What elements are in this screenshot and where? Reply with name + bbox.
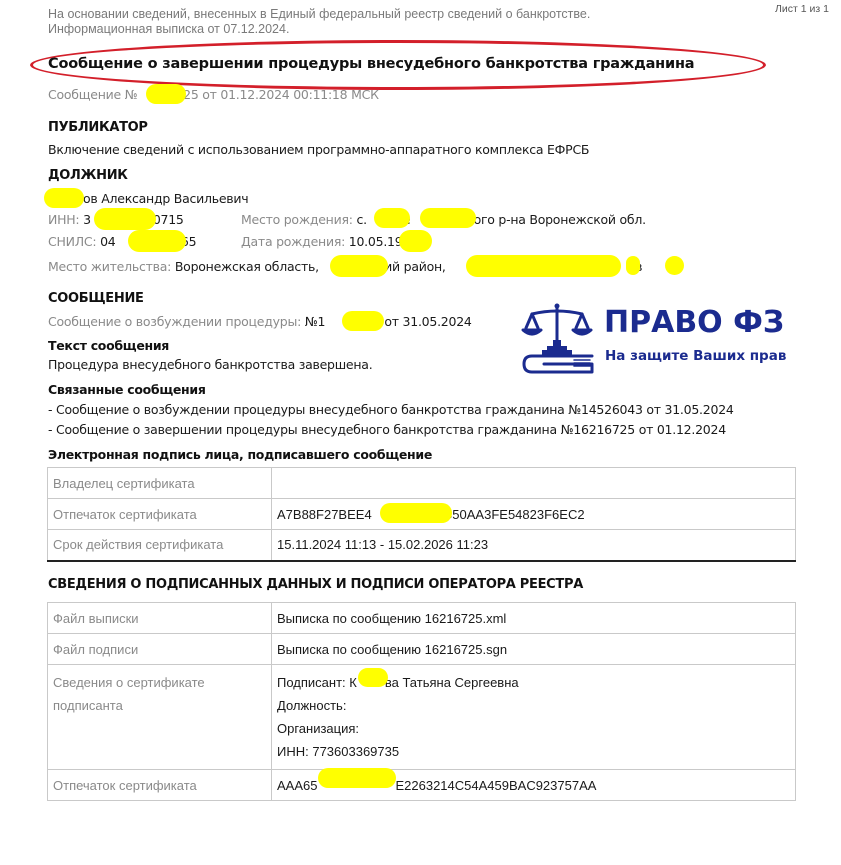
redaction — [342, 311, 384, 331]
signature-file-value[interactable]: Выписка по сообщению 16216725.sgn — [272, 634, 796, 665]
table-row: Отпечаток сертификата AAA65E2263214C54A4… — [48, 770, 796, 801]
related-message-2[interactable]: - Сообщение о завершении процедуры внесу… — [48, 422, 726, 437]
message-heading: СООБЩЕНИЕ — [48, 291, 144, 306]
message-number-suffix: 725 от 01.12.2024 00:11:18 МСК — [175, 87, 378, 102]
redaction — [94, 208, 156, 230]
watermark-subtitle: На защите Ваших прав — [605, 348, 786, 364]
redaction — [466, 255, 621, 277]
operator-fingerprint-label: Отпечаток сертификата — [48, 770, 272, 801]
redaction — [374, 208, 410, 228]
cert-validity-label: Срок действия сертификата — [48, 530, 272, 561]
redaction — [330, 255, 388, 277]
extract-file-value[interactable]: Выписка по сообщению 16216725.xml — [272, 603, 796, 634]
related-message-1[interactable]: - Сообщение о возбуждении процедуры внес… — [48, 402, 734, 417]
page-title: Сообщение о завершении процедуры внесуде… — [48, 56, 694, 72]
cert-fingerprint-value: A7B88F27BEE43C50AA3FE54823F6EC2 — [272, 499, 796, 530]
operator-heading: СВЕДЕНИЯ О ПОДПИСАННЫХ ДАННЫХ И ПОДПИСИ … — [48, 577, 583, 592]
message-number: Сообщение №725 от 01.12.2024 00:11:18 МС… — [48, 87, 379, 102]
message-number-prefix: Сообщение № — [48, 87, 137, 102]
watermark-title: ПРАВО ФЗ — [604, 305, 784, 340]
debtor-name: ов Александр Васильевич — [83, 191, 248, 206]
message-text-heading: Текст сообщения — [48, 338, 169, 353]
cert-owner-value — [272, 468, 796, 499]
cert-validity-value: 15.11.2024 11:13 - 15.02.2026 11:23 — [272, 530, 796, 561]
table-row: Срок действия сертификата 15.11.2024 11:… — [48, 530, 796, 561]
redaction — [665, 256, 684, 275]
table-row: Сведения о сертификате подписанта Подпис… — [48, 665, 796, 770]
sheet-counter: Лист 1 из 1 — [775, 3, 829, 15]
redaction — [146, 84, 186, 104]
redaction — [128, 230, 186, 252]
redaction — [399, 230, 432, 252]
signer-cert-value: Подписант: Ква Татьяна Сергеевна Должнос… — [272, 665, 796, 770]
table-row: Файл подписи Выписка по сообщению 162167… — [48, 634, 796, 665]
table-row: Владелец сертификата — [48, 468, 796, 499]
related-heading: Связанные сообщения — [48, 382, 206, 397]
extract-date: Информационная выписка от 07.12.2024. — [48, 22, 289, 37]
scales-on-book-icon — [518, 302, 596, 374]
operator-table: Файл выписки Выписка по сообщению 162167… — [47, 602, 796, 801]
cert-fingerprint-label: Отпечаток сертификата — [48, 499, 272, 530]
redaction — [358, 668, 388, 687]
debtor-heading: ДОЛЖНИК — [48, 168, 128, 183]
signer-organization: Организация: — [277, 717, 790, 740]
redaction — [420, 208, 476, 228]
debtor-birthdate: Дата рождения: 10.05.19 — [241, 234, 402, 249]
redaction — [44, 188, 84, 208]
signature-heading: Электронная подпись лица, подписавшего с… — [48, 447, 432, 462]
publisher-heading: ПУБЛИКАТОР — [48, 120, 148, 135]
signer-position: Должность: — [277, 694, 790, 717]
signature-file-label: Файл подписи — [48, 634, 272, 665]
publisher-text: Включение сведений с использованием прог… — [48, 142, 589, 157]
message-text: Процедура внесудебного банкротства завер… — [48, 357, 372, 372]
initiation-message: Сообщение о возбуждении процедуры: №143 … — [48, 314, 472, 329]
extract-file-label: Файл выписки — [48, 603, 272, 634]
source-note: На основании сведений, внесенных в Едины… — [48, 7, 590, 22]
redaction — [626, 256, 640, 275]
redaction — [380, 503, 452, 523]
signer-name: Подписант: Ква Татьяна Сергеевна — [277, 671, 790, 694]
table-row: Файл выписки Выписка по сообщению 162167… — [48, 603, 796, 634]
signer-cert-label: Сведения о сертификате подписанта — [48, 665, 272, 770]
cert-owner-label: Владелец сертификата — [48, 468, 272, 499]
signer-inn: ИНН: 773603369735 — [277, 740, 790, 763]
redaction — [318, 768, 396, 788]
